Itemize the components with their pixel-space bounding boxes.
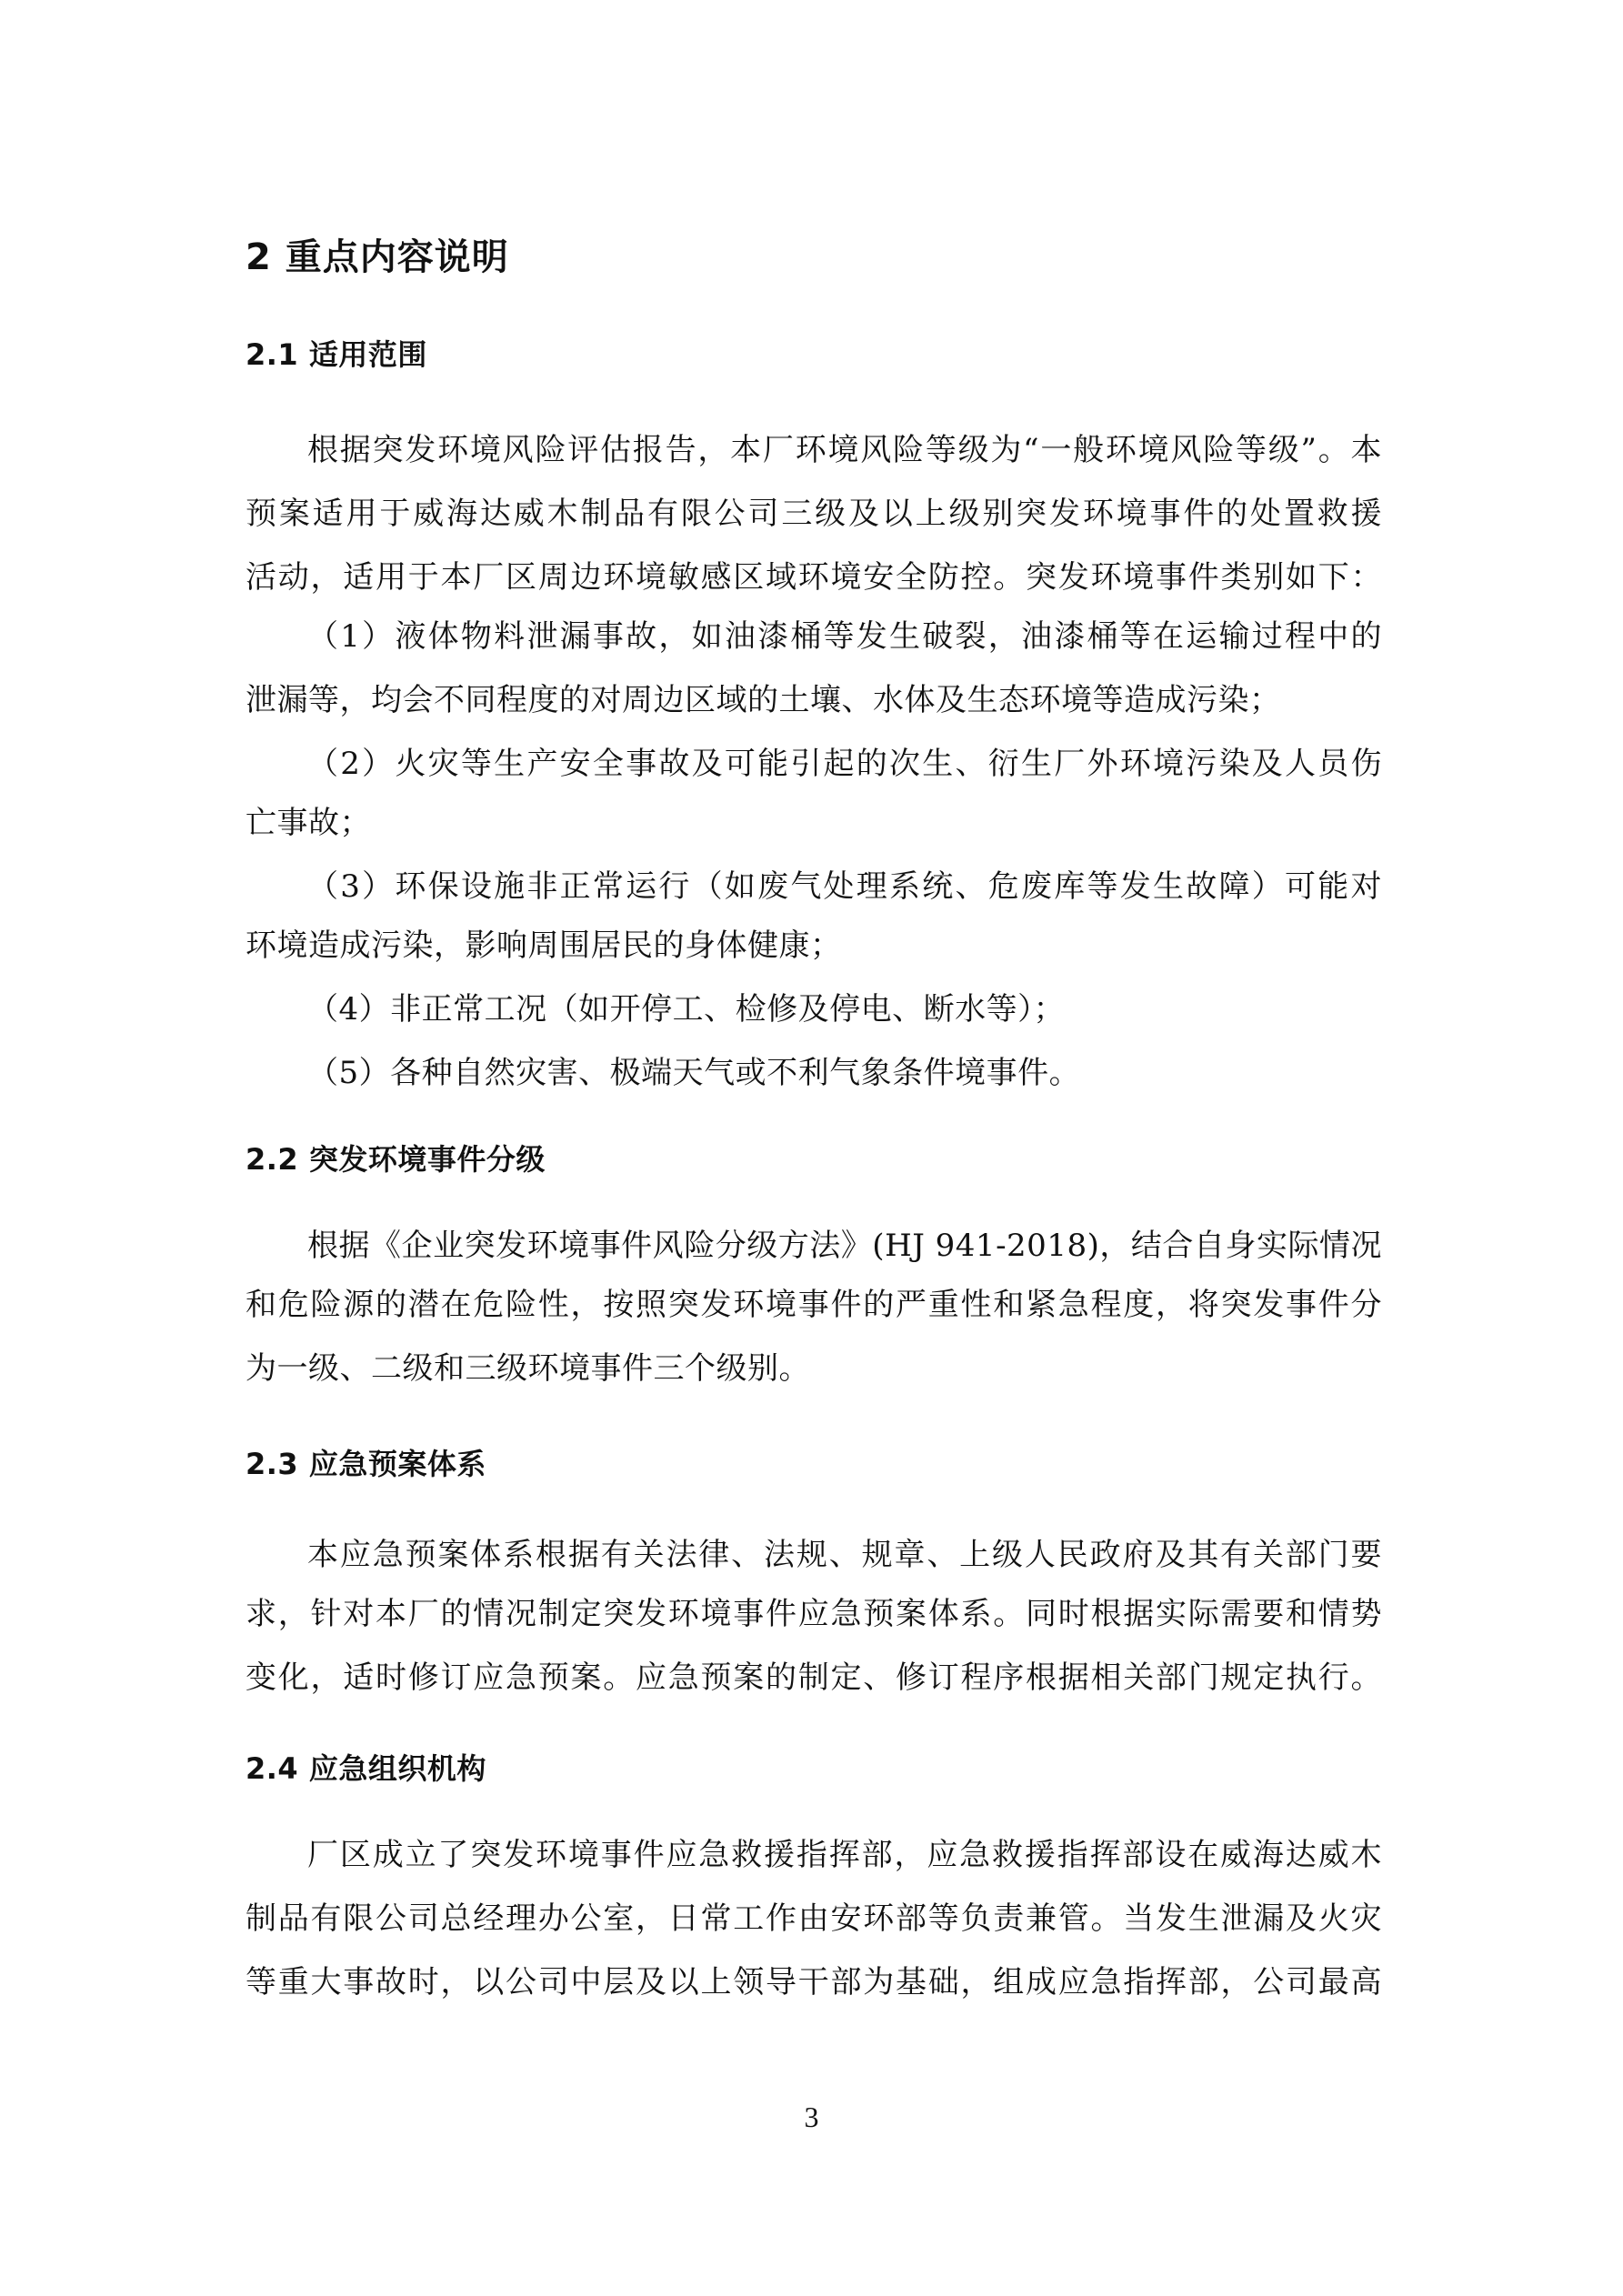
list-item-1: （1）液体物料泄漏事故，如油漆桶等发生破裂，油漆桶等在运输过程中的 — [307, 618, 1382, 655]
list-item-4: （4）非正常工况（如开停工、检修及停电、断水等）； — [307, 991, 1444, 1028]
paragraph-line: 根据突发环境风险评估报告，本厂环境风险等级为“一般环境风险等级”。本 — [307, 432, 1382, 468]
list-item-3: （3）环保设施非正常运行（如废气处理系统、危废库等发生故障）可能对 — [307, 868, 1382, 905]
paragraph-line: 预案适用于威海达威木制品有限公司三级及以上级别突发环境事件的处置救援 — [245, 496, 1382, 532]
list-item-5: （5）各种自然灾害、极端天气或不利气象条件境事件。 — [307, 1055, 1444, 1091]
list-item-1-cont: 泄漏等，均会不同程度的对周边区域的土壤、水体及生态环境等造成污染； — [245, 682, 1382, 718]
paragraph-line: 根据《企业突发环境事件风险分级方法》(HJ 941-2018)，结合自身实际情况 — [307, 1228, 1382, 1264]
list-item-2: （2）火灾等生产安全事故及可能引起的次生、衍生厂外环境污染及人员伤 — [307, 746, 1382, 782]
list-item-2-cont: 亡事故； — [245, 805, 1382, 841]
paragraph-line: 厂区成立了突发环境事件应急救援指挥部，应急救援指挥部设在威海达威木 — [307, 1837, 1382, 1873]
paragraph-line: 求，针对本厂的情况制定突发环境事件应急预案体系。同时根据实际需要和情势 — [245, 1596, 1382, 1632]
paragraph-line: 本应急预案体系根据有关法律、法规、规章、上级人民政府及其有关部门要 — [307, 1537, 1382, 1573]
section-heading-2-3: 2.3 应急预案体系 — [245, 1446, 1382, 1482]
paragraph-line: 和危险源的潜在危险性，按照突发环境事件的严重性和紧急程度，将突发事件分 — [245, 1287, 1382, 1323]
paragraph-line: 等重大事故时，以公司中层及以上领导干部为基础，组成应急指挥部，公司最高 — [245, 1964, 1382, 2000]
paragraph-line: 为一级、二级和三级环境事件三个级别。 — [245, 1350, 1382, 1387]
list-item-3-cont: 环境造成污染，影响周围居民的身体健康； — [245, 927, 1382, 964]
section-heading-2-2: 2.2 突发环境事件分级 — [245, 1141, 1382, 1178]
chapter-title: 2 重点内容说明 — [245, 239, 1382, 276]
paragraph-line: 变化，适时修订应急预案。应急预案的制定、修订程序根据相关部门规定执行。 — [245, 1659, 1382, 1696]
section-heading-2-4: 2.4 应急组织机构 — [245, 1750, 1382, 1787]
section-heading-2-1: 2.1 适用范围 — [245, 336, 1382, 373]
paragraph-line: 活动，适用于本厂区周边环境敏感区域环境安全防控。突发环境事件类别如下： — [245, 559, 1382, 596]
paragraph-line: 制品有限公司总经理办公室，日常工作由安环部等负责兼管。当发生泄漏及火灾 — [245, 1900, 1382, 1937]
page-number: 3 — [0, 2100, 1623, 2134]
